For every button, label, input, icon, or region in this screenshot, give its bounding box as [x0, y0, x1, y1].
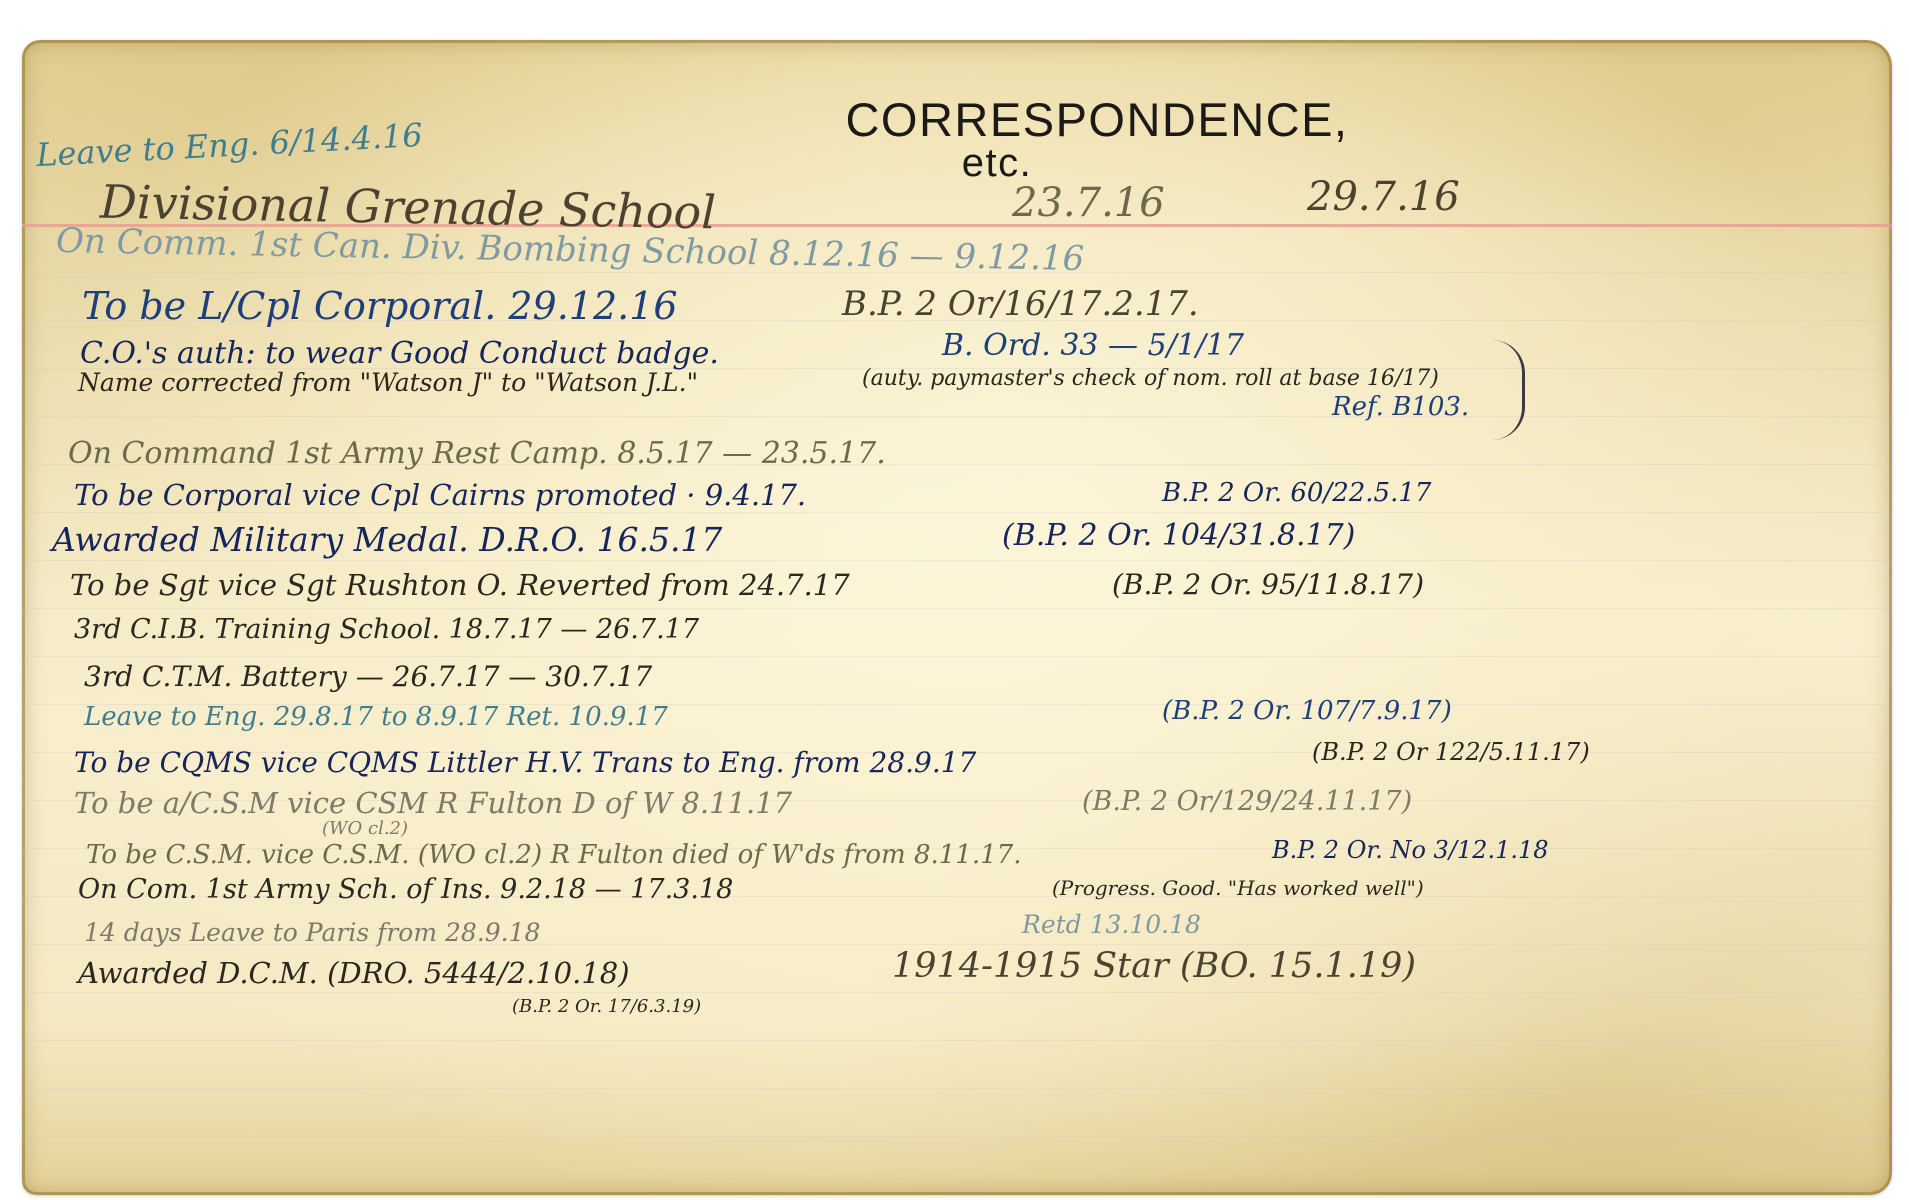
entry-leave-england-ref: (B.P. 2 Or. 107/7.9.17) [1162, 696, 1452, 726]
entry-lance-corporal-ref: B.P. 2 Or/16/17.2.17. [842, 284, 1199, 324]
entry-cqms-ref: (B.P. 2 Or 122/5.11.17) [1312, 738, 1590, 766]
ruled-line [22, 1088, 1892, 1089]
entry-name-correction: Name corrected from "Watson J" to "Watso… [78, 368, 698, 397]
entry-sergeant-ref: (B.P. 2 Or. 95/11.8.17) [1112, 568, 1424, 601]
entry-lance-corporal: To be L/Cpl Corporal. 29.12.16 [82, 284, 678, 328]
entry-good-conduct-ref: B. Ord. 33 — 5/1/17 [942, 328, 1244, 363]
ruled-line [22, 512, 1892, 513]
ruled-line [22, 1136, 1892, 1137]
bracket-mark [1492, 340, 1525, 440]
entry-bombing-school: On Comm. 1st Can. Div. Bombing School 8.… [56, 221, 1085, 279]
entry-dcm: Awarded D.C.M. (DRO. 5444/2.10.18) [78, 956, 630, 990]
entry-csm: To be C.S.M. vice C.S.M. (WO cl.2) R Ful… [86, 840, 1021, 870]
entry-corporal-promotion: To be Corporal vice Cpl Cairns promoted … [74, 478, 806, 512]
entry-leave-england: Leave to Eng. 29.8.17 to 8.9.17 Ret. 10.… [84, 702, 668, 732]
entry-star-medal: 1914-1915 Star (BO. 15.1.19) [892, 946, 1416, 986]
entry-tm-battery: 3rd C.T.M. Battery — 26.7.17 — 30.7.17 [84, 660, 652, 693]
entry-army-school-note: (Progress. Good. "Has worked well") [1052, 876, 1424, 900]
ruled-line [22, 656, 1892, 657]
entry-dcm-subnote: (B.P. 2 Or. 17/6.3.19) [512, 996, 701, 1017]
entry-name-correction-note: (auty. paymaster's check of nom. roll at… [862, 366, 1439, 391]
ruled-line [22, 992, 1892, 993]
entry-rest-camp: On Command 1st Army Rest Camp. 8.5.17 — … [68, 436, 886, 471]
entry-training-school: 3rd C.I.B. Training School. 18.7.17 — 26… [74, 614, 699, 645]
entry-paris-leave: 14 days Leave to Paris from 28.9.18 [84, 918, 540, 947]
ruled-line [22, 608, 1892, 609]
record-card: CORRESPONDENCE, etc. Leave to Eng. 6/14.… [22, 40, 1892, 1195]
entry-paris-leave-ref: Retd 13.10.18 [1022, 910, 1201, 939]
entry-acting-csm: To be a/C.S.M vice CSM R Fulton D of W 8… [74, 786, 792, 820]
entry-cqms: To be CQMS vice CQMS Littler H.V. Trans … [74, 746, 976, 779]
ruled-line [22, 1040, 1892, 1041]
entry-date-to: 29.7.16 [1307, 174, 1460, 220]
ruled-line [22, 560, 1892, 561]
entry-acting-csm-ref: (B.P. 2 Or/129/24.11.17) [1082, 786, 1412, 817]
entry-good-conduct-badge: C.O.'s auth: to wear Good Conduct badge. [80, 336, 719, 371]
entry-date-from: 23.7.16 [1012, 180, 1165, 226]
entry-corporal-ref: B.P. 2 Or. 60/22.5.17 [1162, 478, 1431, 508]
entry-csm-ref: B.P. 2 Or. No 3/12.1.18 [1272, 836, 1549, 864]
entry-military-medal: Awarded Military Medal. D.R.O. 16.5.17 [52, 520, 722, 559]
entry-sergeant: To be Sgt vice Sgt Rushton O. Reverted f… [70, 568, 850, 602]
entry-acting-csm-superscript: (WO cl.2) [322, 818, 408, 839]
entry-name-correction-ref: Ref. B103. [1332, 392, 1469, 422]
entry-military-medal-ref: (B.P. 2 Or. 104/31.8.17) [1002, 518, 1355, 553]
entry-army-school: On Com. 1st Army Sch. of Ins. 9.2.18 — 1… [78, 874, 733, 905]
ruled-line [22, 416, 1892, 417]
